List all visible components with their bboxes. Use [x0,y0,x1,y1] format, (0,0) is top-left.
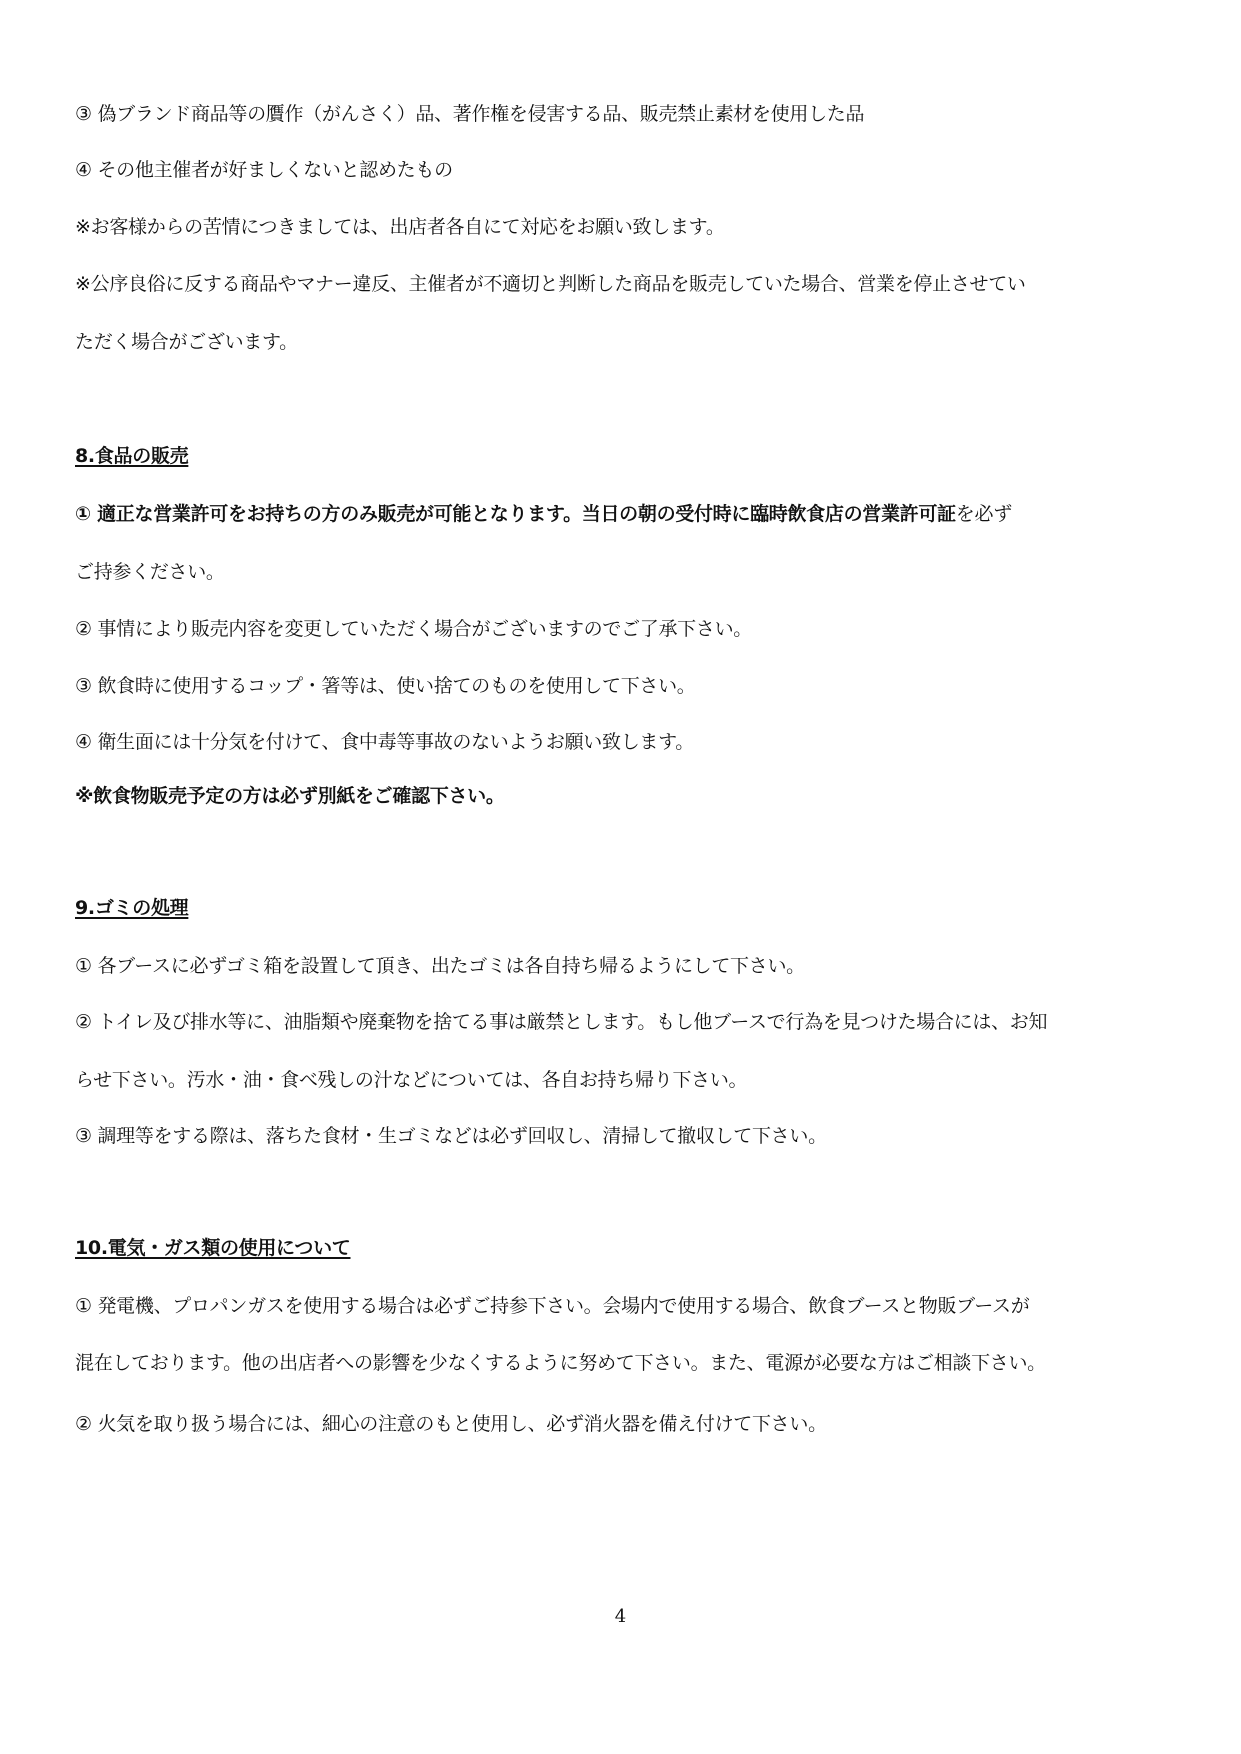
food-item-4: ④ 衛生面には十分気を付けて、食中毒等事故のないようお願い致します。 [75,730,694,754]
utility-item-1-line-1: ① 発電機、プロパンガスを使用する場合は必ずご持参下さい。会場内で使用する場合、… [75,1294,1029,1318]
food-note: ※飲食物販売予定の方は必ず別紙をご確認下さい。 [75,784,505,808]
food-item-1-bold-text: ① 適正な営業許可をお持ちの方のみ販売が可能となります。当日の朝の受付時に臨時飲… [75,503,956,525]
suspension-note-line-1: ※公序良俗に反する商品やマナー違反、主催者が不適切と判断した商品を販売していた場… [75,272,1026,296]
garbage-item-2-line-1: ② トイレ及び排水等に、油脂類や廃棄物を捨てる事は厳禁とします。もし他ブースで行… [75,1010,1047,1034]
garbage-item-3: ③ 調理等をする際は、落ちた食材・生ゴミなどは必ず回収し、清掃して撤収して下さい… [75,1124,827,1148]
food-item-1-line-1: ① 適正な営業許可をお持ちの方のみ販売が可能となります。当日の朝の受付時に臨時飲… [75,502,1012,526]
utility-item-1-line-2: 混在しております。他の出店者への影響を少なくするように努めて下さい。また、電源が… [75,1351,1046,1375]
section-9-heading: 9.ゴミの処理 [75,896,188,920]
page-number: 4 [0,1606,1241,1627]
section-8-heading: 8.食品の販売 [75,444,188,468]
prohibited-item-3: ③ 偽ブランド商品等の贋作（がんさく）品、著作権を侵害する品、販売禁止素材を使用… [75,102,864,126]
garbage-item-1: ① 各ブースに必ずゴミ箱を設置して頂き、出たゴミは各自持ち帰るようにして下さい。 [75,954,805,978]
food-item-1-line-2: ご持参ください。 [75,560,225,584]
utility-item-2: ② 火気を取り扱う場合には、細心の注意のもと使用し、必ず消火器を備え付けて下さい… [75,1412,827,1436]
section-10-heading: 10.電気・ガス類の使用について [75,1236,350,1260]
food-item-2: ② 事情により販売内容を変更していただく場合がございますのでご了承下さい。 [75,617,752,641]
complaint-note: ※お客様からの苦情につきましては、出店者各自にて対応をお願い致します。 [75,215,725,239]
prohibited-item-4: ④ その他主催者が好ましくないと認めたもの [75,158,453,182]
food-item-1-rest-text: を必ず [956,503,1012,525]
suspension-note-line-2: ただく場合がございます。 [75,330,298,354]
garbage-item-2-line-2: らせ下さい。汚水・油・食べ残しの汁などについては、各自お持ち帰り下さい。 [75,1068,747,1092]
food-item-3: ③ 飲食時に使用するコップ・箸等は、使い捨てのものを使用して下さい。 [75,674,696,698]
